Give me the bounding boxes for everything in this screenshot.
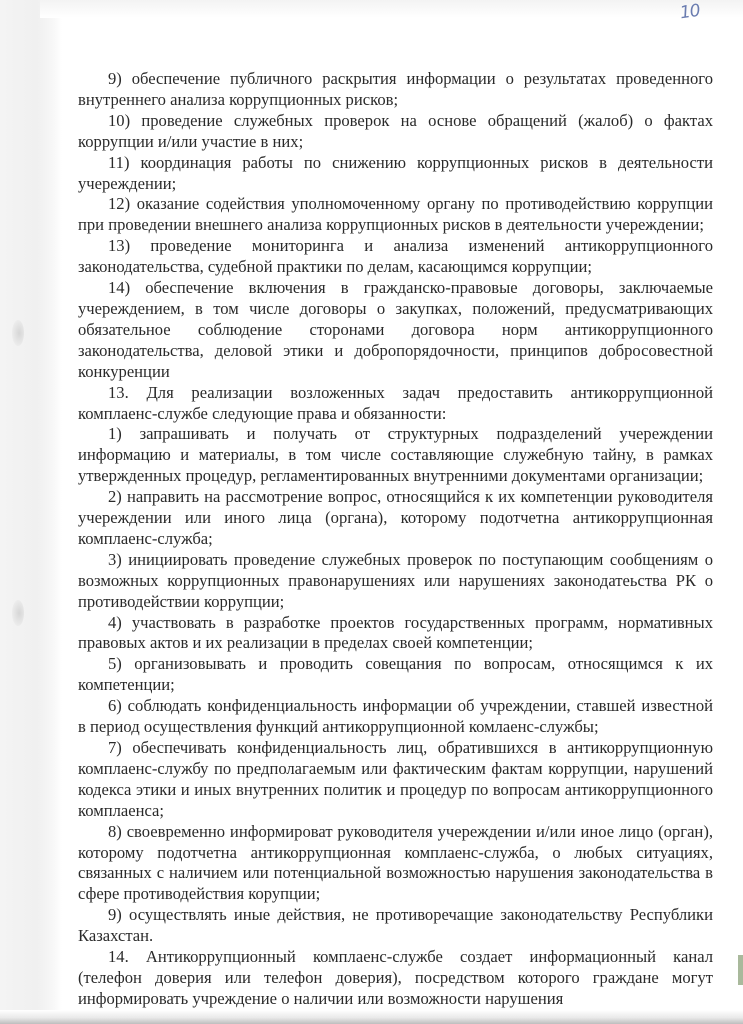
- section-paragraph: 14. Антикоррупционный комплаенс-службе с…: [78, 947, 713, 1010]
- list-item: 9) обеспечение публичного раскрытия инфо…: [78, 69, 713, 111]
- document-body: 9) обеспечение публичного раскрытия инфо…: [78, 69, 713, 1010]
- scan-left-shadow: [0, 0, 62, 1024]
- list-item: 10) проведение служебных проверок на осн…: [78, 111, 713, 153]
- scan-right-edge-mark: [738, 955, 743, 985]
- list-item: 11) координация работы по снижению корру…: [78, 153, 713, 195]
- list-item: 14) обеспечение включения в гражданско-п…: [78, 278, 713, 383]
- list-item: 6) соблюдать конфиденциальность информац…: [78, 696, 713, 738]
- section-paragraph: 13. Для реализации возложенных задач пре…: [78, 383, 713, 425]
- list-item: 4) участвовать в разработке проектов гос…: [78, 613, 713, 655]
- list-item: 7) обеспечивать конфиденциальность лиц, …: [78, 738, 713, 822]
- scan-top-shadow: [40, 0, 743, 18]
- handwritten-page-number: 10: [679, 1, 701, 24]
- binder-hole-mark: [12, 600, 24, 626]
- list-item: 12) оказание содействия уполномоченному …: [78, 194, 713, 236]
- scan-bottom-edge: [0, 1010, 743, 1024]
- list-item: 5) организовывать и проводить совещания …: [78, 654, 713, 696]
- binder-hole-mark: [12, 320, 24, 346]
- scanned-document-page: 10 9) обеспечение публичного раскрытия и…: [0, 0, 743, 1024]
- list-item: 1) запрашивать и получать от структурных…: [78, 424, 713, 487]
- list-item: 3) инициировать проведение служебных про…: [78, 550, 713, 613]
- list-item: 2) направить на рассмотрение вопрос, отн…: [78, 487, 713, 550]
- list-item: 9) осуществлять иные действия, не против…: [78, 905, 713, 947]
- list-item: 13) проведение мониторинга и анализа изм…: [78, 236, 713, 278]
- list-item: 8) своевременно информироват руководител…: [78, 822, 713, 906]
